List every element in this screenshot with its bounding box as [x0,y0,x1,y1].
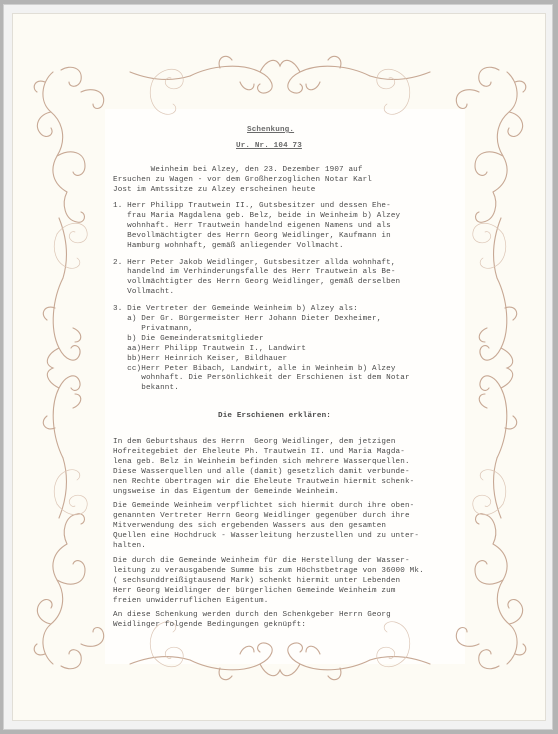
declaration-heading: Die Erschienen erklären: [218,412,331,422]
party-item: 1. Herr Philipp Trautwein II., Gutsbesit… [113,202,400,252]
party-item: 2. Herr Peter Jakob Weidlinger, Gutsbesi… [113,259,400,299]
document-viewer-frame: Schenkung. Ur. Nr. 104 73 Weinheim bei A… [3,4,553,730]
decorative-certificate-page: Schenkung. Ur. Nr. 104 73 Weinheim bei A… [12,13,546,721]
body-paragraph: An diese Schenkung werden durch den Sche… [113,611,391,631]
document-reference-number: Ur. Nr. 104 73 [236,142,302,152]
document-text: Schenkung. Ur. Nr. 104 73 Weinheim bei A… [13,14,546,721]
document-title: Schenkung. [247,126,294,136]
body-paragraph: Die Gemeinde Weinheim verpflichtet sich … [113,502,419,552]
body-paragraph: Die durch die Gemeinde Weinheim für die … [113,557,424,607]
body-paragraph: In dem Geburtshaus des Herrn Georg Weidl… [113,438,414,497]
party-item: 3. Die Vertreter der Gemeinde Weinheim b… [113,305,410,394]
intro-paragraph: Weinheim bei Alzey, den 23. Dezember 190… [113,166,372,196]
